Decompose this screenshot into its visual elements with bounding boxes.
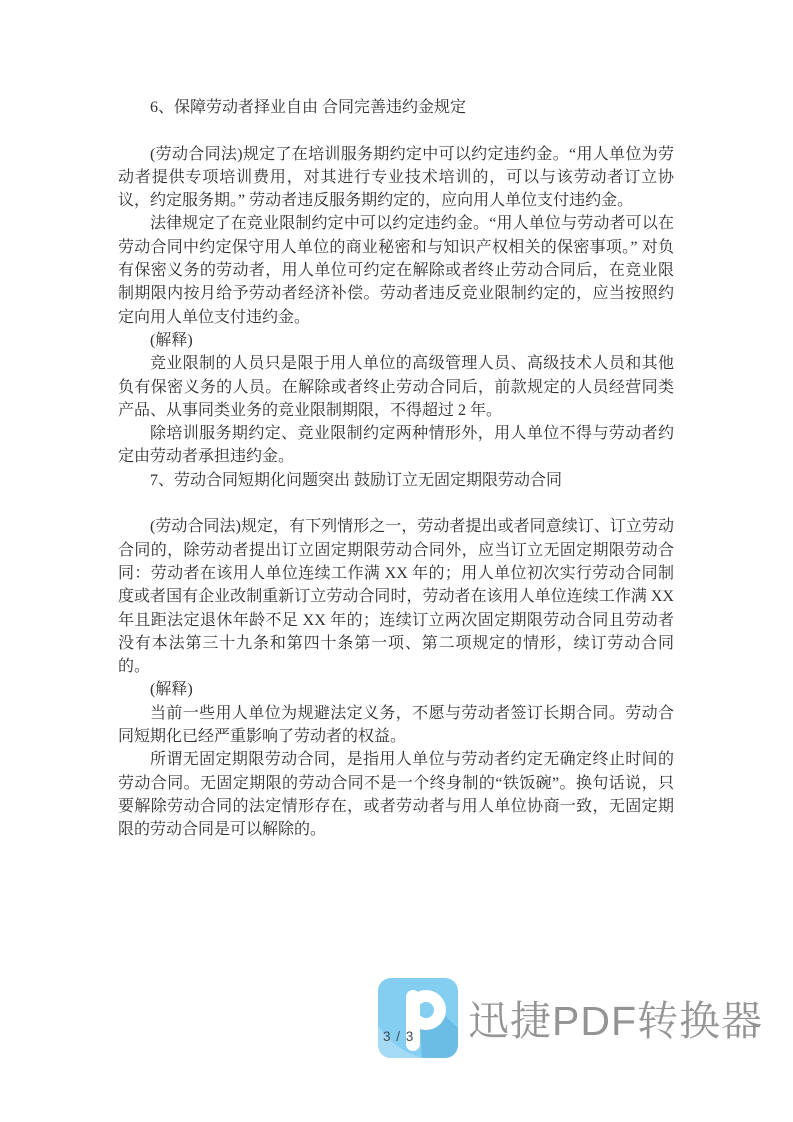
pdf-converter-logo-icon bbox=[378, 978, 458, 1058]
paragraph: 当前一些用人单位为规避法定义务，不愿与劳动者签订长期合同。劳动合同短期化已经严重… bbox=[118, 702, 674, 749]
paragraph: 除培训服务期约定、竞业限制约定两种情形外，用人单位不得与劳动者约定由劳动者承担违… bbox=[118, 422, 674, 469]
section-heading-7: 7、劳动合同短期化问题突出 鼓励订立无固定期限劳动合同 bbox=[118, 469, 674, 492]
watermark-brand-text: 迅捷PDF转换器 bbox=[468, 998, 763, 1044]
explanation-label: (解释) bbox=[118, 329, 674, 352]
section-heading-6: 6、保障劳动者择业自由 合同完善违约金规定 bbox=[118, 96, 674, 119]
explanation-label: (解释) bbox=[118, 678, 674, 701]
paragraph: (劳动合同法)规定了在培训服务期约定中可以约定违约金。“用人单位为劳动者提供专项… bbox=[118, 143, 674, 213]
paragraph: (劳动合同法)规定，有下列情形之一，劳动者提出或者同意续订、订立劳动合同的，除劳… bbox=[118, 515, 674, 678]
paragraph: 所谓无固定期限劳动合同，是指用人单位与劳动者约定无确定终止时间的劳动合同。无固定… bbox=[118, 748, 674, 841]
document-content: 6、保障劳动者择业自由 合同完善违约金规定 (劳动合同法)规定了在培训服务期约定… bbox=[118, 96, 674, 842]
document-page: 6、保障劳动者择业自由 合同完善违约金规定 (劳动合同法)规定了在培训服务期约定… bbox=[0, 0, 793, 1122]
page-number: 3 / 3 bbox=[383, 1029, 414, 1044]
paragraph: 法律规定了在竞业限制约定中可以约定违约金。“用人单位与劳动者可以在劳动合同中约定… bbox=[118, 212, 674, 328]
paragraph: 竞业限制的人员只是限于用人单位的高级管理人员、高级技术人员和其他负有保密义务的人… bbox=[118, 352, 674, 422]
